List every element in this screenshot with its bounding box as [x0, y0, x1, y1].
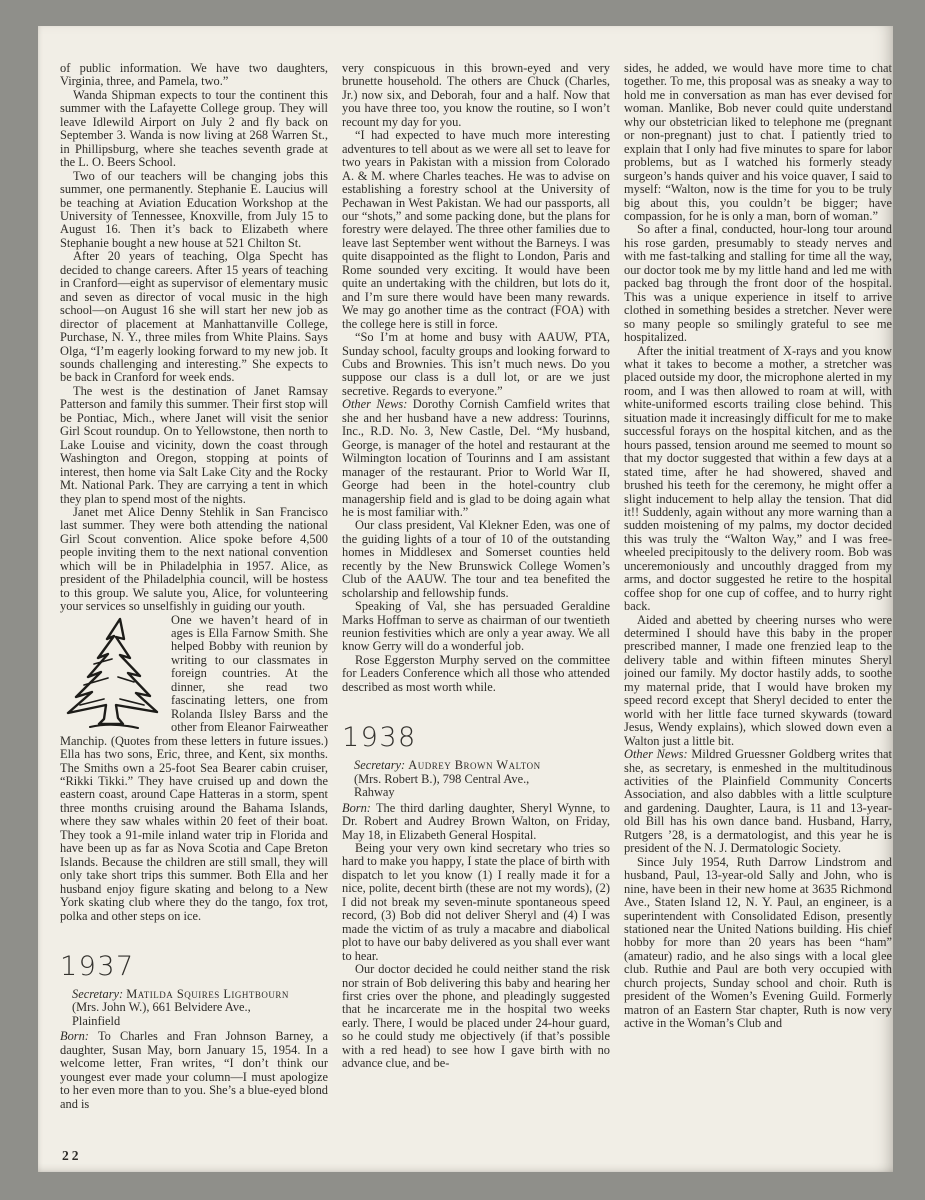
paragraph: very conspicuous in this brown-eyed and … — [342, 62, 610, 129]
paragraph: Born: The third darling daughter, Sheryl… — [342, 802, 610, 842]
paragraph: Janet met Alice Denny Stehlik in San Fra… — [60, 506, 328, 614]
paragraph: “I had expected to have much more intere… — [342, 129, 610, 331]
paragraph: Other News: Mildred Gruessner Goldberg w… — [624, 748, 892, 856]
magazine-page: of public information. We have two daugh… — [38, 26, 893, 1172]
paragraph: “So I’m at home and busy with AAUW, PTA,… — [342, 331, 610, 398]
paragraph: After the initial treatment of X-rays an… — [624, 345, 892, 614]
scanned-magazine-page: { "page": { "number": "22", "paper_color… — [0, 0, 925, 1200]
paragraph-lead-in: Born: — [60, 1029, 98, 1043]
secretary-name: Audrey Brown Walton — [408, 758, 540, 772]
paragraph: Rose Eggerston Murphy served on the comm… — [342, 654, 610, 694]
paragraph: Wanda Shipman expects to tour the contin… — [60, 89, 328, 170]
secretary-label-line: Secretary: Audrey Brown Walton — [354, 759, 610, 772]
paragraph: After 20 years of teaching, Olga Specht … — [60, 250, 328, 385]
paragraph: Other News: Dorothy Cornish Camfield wri… — [342, 398, 610, 519]
secretary-label-line: Secretary: Matilda Squires Lightbourn — [72, 988, 328, 1001]
paragraph-with-tree: One we haven’t heard of in ages is Ella … — [60, 614, 328, 923]
paragraph: Our class president, Val Klekner Eden, w… — [342, 519, 610, 600]
class-year-heading: 1938 — [342, 724, 610, 752]
paragraph: Two of our teachers will be changing job… — [60, 170, 328, 251]
secretary-block: Secretary: Matilda Squires Lightbourn(Mr… — [60, 988, 328, 1028]
class-year-heading: 1937 — [60, 953, 328, 981]
columns: of public information. We have two daugh… — [60, 62, 892, 1148]
paragraph: Speaking of Val, she has persuaded Geral… — [342, 600, 610, 654]
paragraph-lead-in: Born: — [342, 801, 376, 815]
secretary-block: Secretary: Audrey Brown Walton(Mrs. Robe… — [342, 759, 610, 799]
paragraph-lead-in: Other News: — [624, 747, 691, 761]
paragraph: Being your very own kind secretary who t… — [342, 842, 610, 963]
text-column-2: very conspicuous in this brown-eyed and … — [342, 62, 610, 1148]
text-column-1: of public information. We have two daugh… — [60, 62, 328, 1148]
text-column-3: sides, he added, we would have more time… — [624, 62, 892, 1148]
paragraph: So after a final, conducted, hour-long t… — [624, 223, 892, 344]
secretary-name: Matilda Squires Lightbourn — [126, 987, 289, 1001]
paragraph: The west is the destination of Janet Ram… — [60, 385, 328, 506]
secretary-address-line: Rahway — [354, 786, 610, 799]
secretary-address-line: (Mrs. John W.), 661 Belvidere Ave., — [72, 1001, 328, 1014]
paragraph: sides, he added, we would have more time… — [624, 62, 892, 223]
paragraph: of public information. We have two daugh… — [60, 62, 328, 89]
paragraph-lead-in: Other News: — [342, 397, 413, 411]
paragraph: Aided and abetted by cheering nurses who… — [624, 614, 892, 749]
pine-tree-illustration — [60, 615, 166, 735]
paragraph: Our doctor decided he could neither stan… — [342, 963, 610, 1071]
page-number: 22 — [62, 1148, 82, 1164]
paragraph: Born: To Charles and Fran Johnson Barney… — [60, 1030, 328, 1111]
paragraph: Since July 1954, Ruth Darrow Lindstrom a… — [624, 856, 892, 1031]
secretary-address-line: Plainfield — [72, 1015, 328, 1028]
secretary-address-line: (Mrs. Robert B.), 798 Central Ave., — [354, 773, 610, 786]
